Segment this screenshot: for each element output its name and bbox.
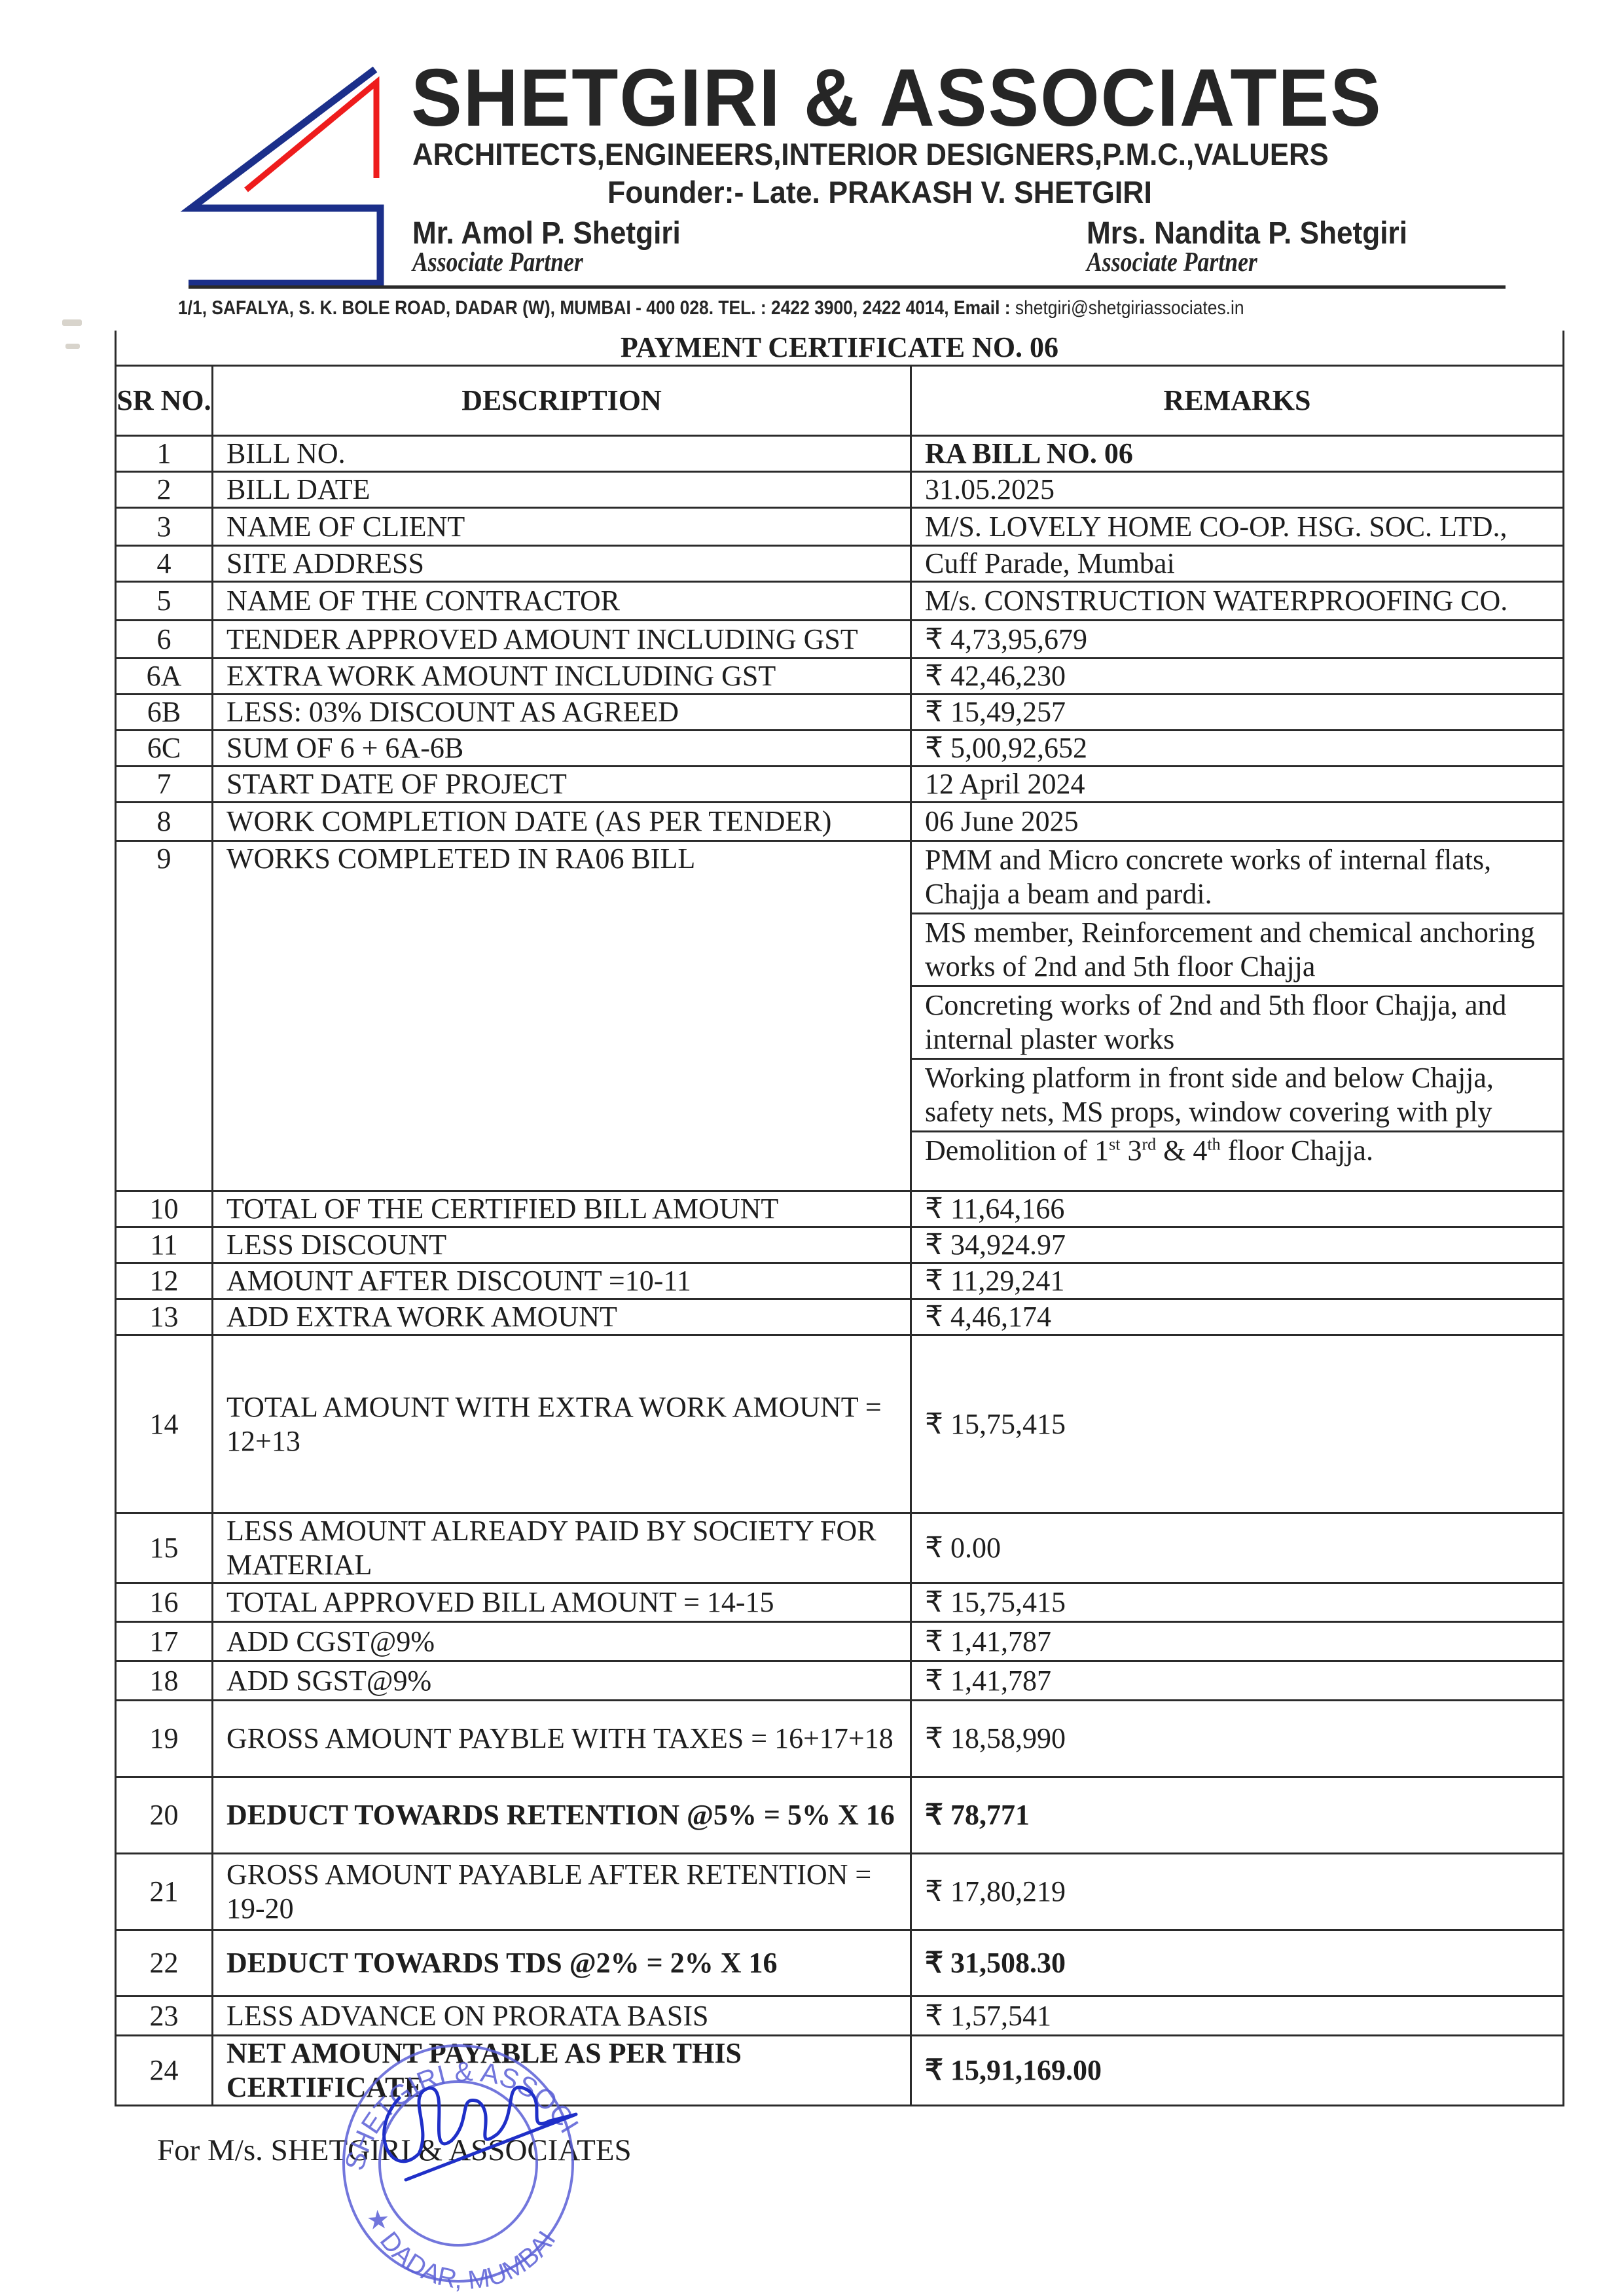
row-description: NAME OF CLIENT bbox=[213, 508, 911, 546]
row-remarks: ₹ 11,29,241 bbox=[911, 1263, 1564, 1299]
table-row: 17ADD CGST@9%₹ 1,41,787 bbox=[116, 1622, 1564, 1661]
firm-address: 1/1, SAFALYA, S. K. BOLE ROAD, DADAR (W)… bbox=[178, 298, 1244, 318]
header-remarks: REMARKS bbox=[911, 366, 1564, 436]
row-remarks: RA BILL NO. 06 bbox=[911, 436, 1564, 472]
row-remarks: ₹ 4,73,95,679 bbox=[911, 621, 1564, 659]
row-sr-no: 8 bbox=[116, 803, 213, 841]
table-header-row: SR NO. DESCRIPTION REMARKS bbox=[116, 366, 1564, 436]
row-remarks: 06 June 2025 bbox=[911, 803, 1564, 841]
row-sr-no: 3 bbox=[116, 508, 213, 546]
row-description: AMOUNT AFTER DISCOUNT =10-11 bbox=[213, 1263, 911, 1299]
row-remarks: M/s. CONSTRUCTION WATERPROOFING CO. bbox=[911, 582, 1564, 621]
row-sr-no: 4 bbox=[116, 546, 213, 582]
row-description: GROSS AMOUNT PAYBLE WITH TAXES = 16+17+1… bbox=[213, 1701, 911, 1777]
table-row: 7START DATE OF PROJECT12 April 2024 bbox=[116, 767, 1564, 803]
table-row: 24NET AMOUNT PAYABLE AS PER THIS CERTIFI… bbox=[116, 2036, 1564, 2106]
partner-2-name: Mrs. Nandita P. Shetgiri bbox=[1087, 218, 1407, 249]
email-link[interactable]: shetgiri@shetgiriassociates.in bbox=[1015, 297, 1244, 319]
table-row: 6CSUM OF 6 + 6A-6B₹ 5,00,92,652 bbox=[116, 731, 1564, 767]
row-sr-no: 6A bbox=[116, 659, 213, 695]
work-item: Concreting works of 2nd and 5th floor Ch… bbox=[912, 987, 1562, 1060]
row-description: BILL DATE bbox=[213, 472, 911, 508]
payment-certificate-table: PAYMENT CERTIFICATE NO. 06 SR NO. DESCRI… bbox=[115, 331, 1564, 2106]
partner-1-name: Mr. Amol P. Shetgiri bbox=[412, 218, 681, 249]
row-description: SITE ADDRESS bbox=[213, 546, 911, 582]
row-sr-no: 6 bbox=[116, 621, 213, 659]
row-description: TOTAL AMOUNT WITH EXTRA WORK AMOUNT = 12… bbox=[213, 1335, 911, 1513]
row-remarks: PMM and Micro concrete works of internal… bbox=[911, 841, 1564, 1191]
row-description: LESS ADVANCE ON PRORATA BASIS bbox=[213, 1997, 911, 2036]
row-description: TENDER APPROVED AMOUNT INCLUDING GST bbox=[213, 621, 911, 659]
row-sr-no: 1 bbox=[116, 436, 213, 472]
table-row: 20DEDUCT TOWARDS RETENTION @5% = 5% X 16… bbox=[116, 1777, 1564, 1854]
row-remarks: ₹ 15,49,257 bbox=[911, 695, 1564, 731]
table-row: 14TOTAL AMOUNT WITH EXTRA WORK AMOUNT = … bbox=[116, 1335, 1564, 1513]
row-sr-no: 17 bbox=[116, 1622, 213, 1661]
row-remarks: M/S. LOVELY HOME CO-OP. HSG. SOC. LTD., bbox=[911, 508, 1564, 546]
firm-founder: Founder:- Late. PRAKASH V. SHETGIRI bbox=[607, 177, 1152, 208]
row-remarks: ₹ 31,508.30 bbox=[911, 1930, 1564, 1997]
row-description: ADD CGST@9% bbox=[213, 1622, 911, 1661]
firm-logo bbox=[0, 0, 458, 327]
table-row: 8WORK COMPLETION DATE (AS PER TENDER)06 … bbox=[116, 803, 1564, 841]
table-row: 10TOTAL OF THE CERTIFIED BILL AMOUNT₹ 11… bbox=[116, 1191, 1564, 1227]
table-row: 21GROSS AMOUNT PAYABLE AFTER RETENTION =… bbox=[116, 1854, 1564, 1930]
work-item: Working platform in front side and below… bbox=[912, 1060, 1562, 1132]
partner-1-role: Associate Partner bbox=[412, 249, 583, 276]
table-row: 9WORKS COMPLETED IN RA06 BILLPMM and Mic… bbox=[116, 841, 1564, 1191]
row-remarks: ₹ 78,771 bbox=[911, 1777, 1564, 1854]
row-description: EXTRA WORK AMOUNT INCLUDING GST bbox=[213, 659, 911, 695]
row-description: START DATE OF PROJECT bbox=[213, 767, 911, 803]
row-description: WORKS COMPLETED IN RA06 BILL bbox=[213, 841, 911, 1191]
header-divider bbox=[189, 285, 1506, 289]
work-item: MS member, Reinforcement and chemical an… bbox=[912, 914, 1562, 987]
row-remarks: ₹ 15,75,415 bbox=[911, 1335, 1564, 1513]
table-row: 4SITE ADDRESSCuff Parade, Mumbai bbox=[116, 546, 1564, 582]
row-sr-no: 6C bbox=[116, 731, 213, 767]
row-sr-no: 9 bbox=[116, 841, 213, 1191]
row-sr-no: 21 bbox=[116, 1854, 213, 1930]
row-sr-no: 16 bbox=[116, 1583, 213, 1622]
row-description: BILL NO. bbox=[213, 436, 911, 472]
row-remarks: ₹ 1,41,787 bbox=[911, 1622, 1564, 1661]
row-sr-no: 20 bbox=[116, 1777, 213, 1854]
row-sr-no: 2 bbox=[116, 472, 213, 508]
scan-artifact bbox=[65, 344, 80, 349]
row-sr-no: 19 bbox=[116, 1701, 213, 1777]
row-description: ADD SGST@9% bbox=[213, 1661, 911, 1701]
row-remarks: ₹ 5,00,92,652 bbox=[911, 731, 1564, 767]
row-remarks: ₹ 1,57,541 bbox=[911, 1997, 1564, 2036]
table-row: 6BLESS: 03% DISCOUNT AS AGREED₹ 15,49,25… bbox=[116, 695, 1564, 731]
header-sr-no: SR NO. bbox=[116, 366, 213, 436]
table-row: 6TENDER APPROVED AMOUNT INCLUDING GST₹ 4… bbox=[116, 621, 1564, 659]
work-item: Demolition of 1st 3rd & 4th floor Chajja… bbox=[912, 1132, 1562, 1169]
row-remarks: ₹ 17,80,219 bbox=[911, 1854, 1564, 1930]
logo-mark-icon bbox=[189, 69, 380, 283]
table-row: 1BILL NO.RA BILL NO. 06 bbox=[116, 436, 1564, 472]
row-description: LESS AMOUNT ALREADY PAID BY SOCIETY FOR … bbox=[213, 1513, 911, 1583]
work-item: PMM and Micro concrete works of internal… bbox=[912, 842, 1562, 914]
table-row: 23LESS ADVANCE ON PRORATA BASIS₹ 1,57,54… bbox=[116, 1997, 1564, 2036]
row-sr-no: 13 bbox=[116, 1299, 213, 1335]
row-remarks: ₹ 18,58,990 bbox=[911, 1701, 1564, 1777]
row-description: LESS: 03% DISCOUNT AS AGREED bbox=[213, 695, 911, 731]
table-row: 5NAME OF THE CONTRACTORM/s. CONSTRUCTION… bbox=[116, 582, 1564, 621]
row-sr-no: 5 bbox=[116, 582, 213, 621]
row-remarks: ₹ 15,75,415 bbox=[911, 1583, 1564, 1622]
table-row: 6AEXTRA WORK AMOUNT INCLUDING GST₹ 42,46… bbox=[116, 659, 1564, 695]
row-description: NET AMOUNT PAYABLE AS PER THIS CERTIFICA… bbox=[213, 2036, 911, 2106]
row-sr-no: 14 bbox=[116, 1335, 213, 1513]
row-sr-no: 24 bbox=[116, 2036, 213, 2106]
row-remarks: ₹ 4,46,174 bbox=[911, 1299, 1564, 1335]
row-sr-no: 18 bbox=[116, 1661, 213, 1701]
row-remarks: ₹ 0.00 bbox=[911, 1513, 1564, 1583]
row-sr-no: 23 bbox=[116, 1997, 213, 2036]
row-sr-no: 22 bbox=[116, 1930, 213, 1997]
table-row: 22DEDUCT TOWARDS TDS @2% = 2% X 16₹ 31,5… bbox=[116, 1930, 1564, 1997]
certificate-title: PAYMENT CERTIFICATE NO. 06 bbox=[116, 331, 1564, 366]
table-row: 13ADD EXTRA WORK AMOUNT₹ 4,46,174 bbox=[116, 1299, 1564, 1335]
row-sr-no: 15 bbox=[116, 1513, 213, 1583]
address-text: 1/1, SAFALYA, S. K. BOLE ROAD, DADAR (W)… bbox=[178, 297, 949, 319]
table-row: 2BILL DATE31.05.2025 bbox=[116, 472, 1564, 508]
firm-services: ARCHITECTS,ENGINEERS,INTERIOR DESIGNERS,… bbox=[412, 139, 1329, 170]
row-sr-no: 10 bbox=[116, 1191, 213, 1227]
row-description: ADD EXTRA WORK AMOUNT bbox=[213, 1299, 911, 1335]
row-description: TOTAL OF THE CERTIFIED BILL AMOUNT bbox=[213, 1191, 911, 1227]
email-label: Email : bbox=[954, 297, 1011, 319]
row-description: LESS DISCOUNT bbox=[213, 1227, 911, 1263]
scan-artifact bbox=[62, 319, 82, 326]
row-remarks: ₹ 42,46,230 bbox=[911, 659, 1564, 695]
row-description: GROSS AMOUNT PAYABLE AFTER RETENTION = 1… bbox=[213, 1854, 911, 1930]
table-row: 16TOTAL APPROVED BILL AMOUNT = 14-15₹ 15… bbox=[116, 1583, 1564, 1622]
row-description: WORK COMPLETION DATE (AS PER TENDER) bbox=[213, 803, 911, 841]
row-remarks: 31.05.2025 bbox=[911, 472, 1564, 508]
table-row: 19GROSS AMOUNT PAYBLE WITH TAXES = 16+17… bbox=[116, 1701, 1564, 1777]
table-row: 3NAME OF CLIENTM/S. LOVELY HOME CO-OP. H… bbox=[116, 508, 1564, 546]
header-description: DESCRIPTION bbox=[213, 366, 911, 436]
row-remarks: ₹ 34,924.97 bbox=[911, 1227, 1564, 1263]
table-row: 11LESS DISCOUNT₹ 34,924.97 bbox=[116, 1227, 1564, 1263]
row-description: NAME OF THE CONTRACTOR bbox=[213, 582, 911, 621]
signature-line: For M/s. SHETGIRI & ASSOCIATES bbox=[157, 2135, 632, 2166]
table-row: 15LESS AMOUNT ALREADY PAID BY SOCIETY FO… bbox=[116, 1513, 1564, 1583]
row-description: DEDUCT TOWARDS TDS @2% = 2% X 16 bbox=[213, 1930, 911, 1997]
row-sr-no: 11 bbox=[116, 1227, 213, 1263]
partner-2-role: Associate Partner bbox=[1087, 249, 1257, 276]
row-description: SUM OF 6 + 6A-6B bbox=[213, 731, 911, 767]
row-remarks: Cuff Parade, Mumbai bbox=[911, 546, 1564, 582]
table-row: 12AMOUNT AFTER DISCOUNT =10-11₹ 11,29,24… bbox=[116, 1263, 1564, 1299]
row-remarks: 12 April 2024 bbox=[911, 767, 1564, 803]
row-remarks: ₹ 1,41,787 bbox=[911, 1661, 1564, 1701]
row-sr-no: 7 bbox=[116, 767, 213, 803]
row-remarks: ₹ 11,64,166 bbox=[911, 1191, 1564, 1227]
row-description: DEDUCT TOWARDS RETENTION @5% = 5% X 16 bbox=[213, 1777, 911, 1854]
certificate-title-row: PAYMENT CERTIFICATE NO. 06 bbox=[116, 331, 1564, 366]
row-description: TOTAL APPROVED BILL AMOUNT = 14-15 bbox=[213, 1583, 911, 1622]
row-sr-no: 12 bbox=[116, 1263, 213, 1299]
row-remarks: ₹ 15,91,169.00 bbox=[911, 2036, 1564, 2106]
row-sr-no: 6B bbox=[116, 695, 213, 731]
table-row: 18ADD SGST@9%₹ 1,41,787 bbox=[116, 1661, 1564, 1701]
firm-name: SHETGIRI & ASSOCIATES bbox=[411, 58, 1382, 139]
